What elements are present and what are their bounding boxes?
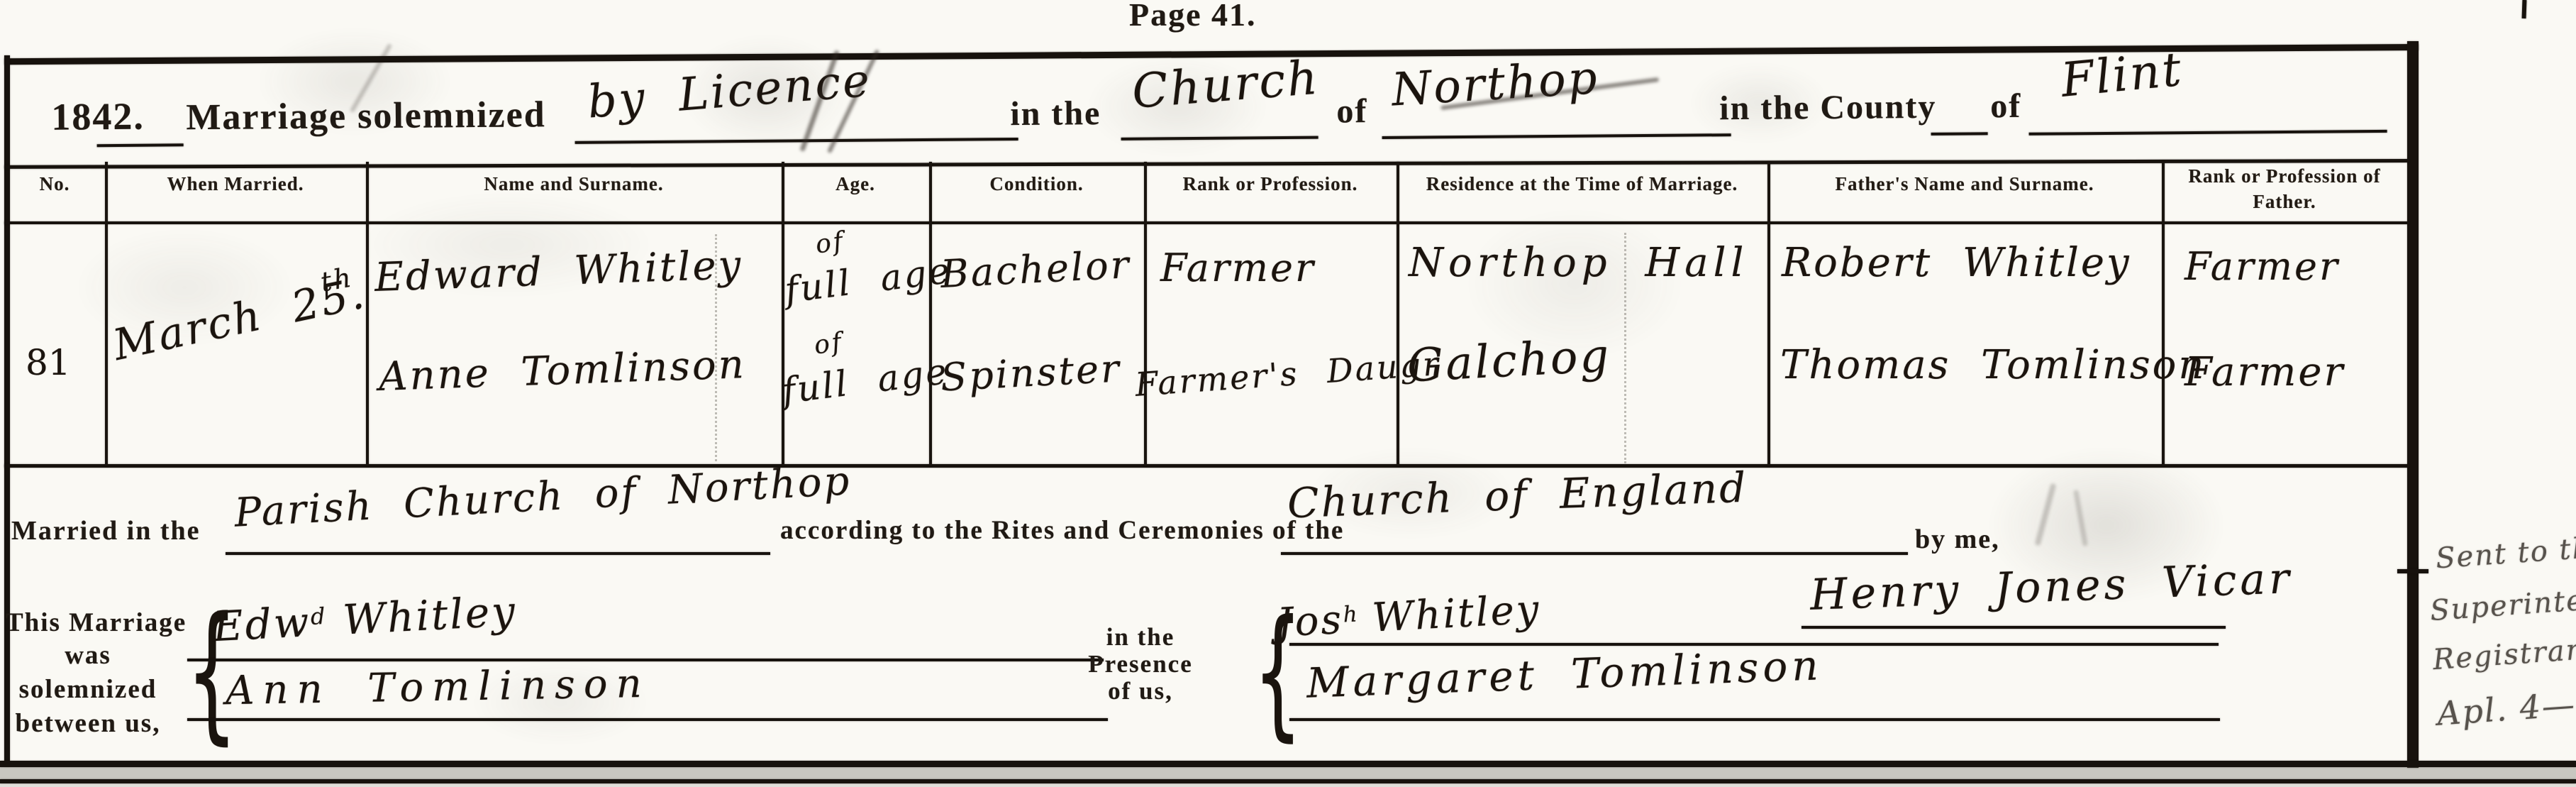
presence-label-line-1: in the (1084, 623, 1197, 651)
groom-condition: Bachelor (940, 242, 1132, 297)
entry-number: 81 (26, 342, 71, 383)
printed-in-the-county: in the County (1719, 87, 1936, 128)
witness2-underline (1289, 718, 2220, 721)
bride-name: Anne Tomlinson (378, 341, 747, 400)
grid-bottom-rule (4, 464, 2409, 468)
groom-rank: Farmer (1160, 246, 1316, 290)
witness1-signature: JoshWhitley (1276, 586, 1542, 646)
officiant-signature: Henry Jones Vicar (1809, 554, 2294, 620)
witness1-signature-surname: Whitley (1371, 586, 1542, 641)
handwritten-place-type: Church (1130, 50, 1321, 119)
column-header-father-rank: Rank or Profession of Father. (2162, 163, 2407, 214)
margin-note-line-2: Superintendt (2429, 580, 2576, 627)
column-header-no: No. (4, 173, 105, 195)
county-underline (2029, 130, 2387, 136)
printed-of: of (1336, 92, 1367, 131)
bride-rank: Farmer's Daugr (1134, 344, 1442, 404)
attestation-label-line-3: solemnized (6, 674, 170, 705)
margin-note-line-4: Apl. 4— (2436, 685, 2576, 733)
bride-residence: Galchog (1406, 330, 1612, 393)
column-divider (929, 162, 932, 466)
bottom-rule-shade (0, 767, 2576, 779)
handwritten-place: Northop (1390, 52, 1600, 116)
groom-age-prefix: of (814, 226, 846, 259)
year-underline (97, 143, 184, 147)
margin-note-line-1: Sent to the (2435, 530, 2576, 575)
margin-tick (2397, 569, 2428, 573)
church-underline (226, 552, 770, 555)
printed-in-the: in the (1010, 94, 1101, 133)
printed-by-me: by me, (1915, 524, 2000, 555)
bottom-rule-wash (0, 783, 2576, 787)
presence-label-line-3: of us, (1084, 677, 1197, 705)
witness1-signature-text: Jos (1276, 597, 1345, 646)
bride-father-name: Thomas Tomlinson (1780, 342, 2206, 388)
attestation-label-line-2: was (6, 640, 170, 671)
bride-father-rank: Farmer (2184, 349, 2345, 395)
header-bottom-rule (4, 221, 2409, 224)
printed-of-2: of (1990, 87, 2021, 126)
bride-age-prefix: of (812, 327, 845, 360)
witness2-signature: Margaret Tomlinson (1306, 641, 1823, 707)
entry-date-superscript: th (318, 261, 356, 297)
bride-condition: Spinster (940, 346, 1123, 400)
groom-signature-surname: Whitley (342, 587, 518, 644)
column-header-rank: Rank or Profession. (1144, 173, 1397, 195)
bride-signature: Ann Tomlinson (225, 661, 650, 714)
printed-rites-and-ceremonies: according to the Rites and Ceremonies of… (780, 515, 1344, 546)
groom-signature-superscript: d (310, 602, 326, 630)
column-header-age: Age. (782, 173, 929, 195)
marriage-register-page: Page 41. 1842. Marriage solemnized by Li… (0, 0, 2576, 787)
method-underline (575, 138, 1018, 144)
handwritten-church: Parish Church of Northop (233, 458, 853, 536)
denomination-underline (1281, 552, 1908, 555)
bride-signature-underline (187, 718, 1108, 721)
column-divider (1767, 162, 1770, 466)
presence-label-line-2: Presence (1084, 650, 1197, 678)
groom-signature: EdwdWhitley (212, 587, 518, 651)
officiant-underline (1801, 626, 2226, 629)
attestation-label-line-1: This Marriage (6, 607, 170, 638)
printed-married-in-the: Married in the (11, 515, 201, 546)
handwritten-county: Flint (2059, 42, 2186, 108)
column-header-condition: Condition. (929, 173, 1144, 195)
printed-marriage-solemnized: Marriage solemnized (186, 94, 546, 138)
bottom-rule-upper (0, 761, 2576, 767)
groom-signature-text: Edw (212, 598, 312, 651)
register-year: 1842. (51, 94, 145, 139)
witness1-signature-superscript: h (1343, 601, 1359, 627)
column-header-father-name: Father's Name and Surname. (1767, 173, 2162, 195)
column-divider (105, 162, 108, 466)
column-divider (1397, 162, 1399, 466)
bride-age: full age (779, 351, 950, 412)
groom-father-rank: Farmer (2184, 244, 2340, 289)
margin-note-line-3: Registrar (2432, 634, 2576, 676)
groom-father-name: Robert Whitley (1782, 240, 2131, 286)
column-header-residence: Residence at the Time of Marriage. (1397, 173, 1767, 195)
groom-residence: Northop Hall (1409, 240, 1748, 286)
column-header-when-married: When Married. (105, 173, 366, 195)
attestation-label-line-4: between us, (6, 708, 170, 739)
place-type-underline (1121, 136, 1318, 141)
place-underline (1382, 133, 1731, 139)
register-header-band: 1842. Marriage solemnized by Licence in … (0, 0, 2576, 173)
column-divider (1144, 162, 1147, 466)
column-divider (782, 162, 784, 466)
county-gap-underline (1931, 132, 1988, 136)
column-header-name-surname: Name and Surname. (366, 173, 782, 195)
groom-age: full age (782, 250, 953, 311)
